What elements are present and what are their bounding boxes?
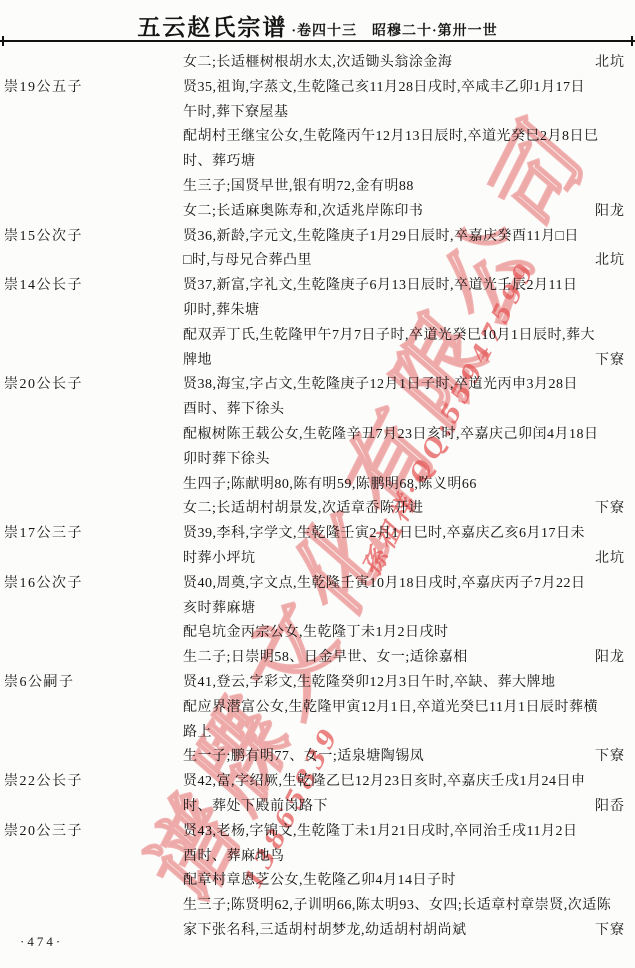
entry-text: 时葬小坪坑: [183, 547, 256, 572]
genealogy-line: 时葬小坪坑 北坑: [0, 547, 635, 572]
header-rule: [0, 40, 635, 42]
entry-text: 时、葬巧塘: [183, 150, 256, 175]
genealogy-line: 生一子;鹏有明77、女一;适泉塘陶锡凤 下寮: [0, 745, 635, 770]
generation-label: 崇17公三子: [4, 522, 83, 547]
generation-label: 崇20公三子: [4, 820, 83, 845]
genealogy-line: 酉时、葬下徐头: [0, 398, 635, 423]
entry-text: 酉时、葬下徐头: [183, 398, 285, 423]
generation-label: 崇15公次子: [4, 225, 83, 250]
genealogy-line: 崇19公五子 贤35,祖询,字蒸文,生乾隆己亥11月28日戌时,卒咸丰乙卯1月1…: [0, 76, 635, 101]
genealogy-line: 家下张名科,三适胡村胡梦龙,幼适胡村胡尚斌 下寮: [0, 919, 635, 944]
generation-label: 崇19公五子: [4, 76, 83, 101]
genealogy-line: 崇6公嗣子 贤41,登云,字彩文,生乾隆癸卯12月3日午时,卒缺、葬大牌地: [0, 671, 635, 696]
residence-label: 北坑: [595, 249, 625, 274]
book-title: 五云赵氏宗谱: [137, 15, 287, 40]
genealogy-line: 卯时葬下徐头: [0, 448, 635, 473]
genealogy-line: 崇16公次子 贤40,周奠,字文点,生乾隆壬寅10月18日戌时,卒嘉庆丙子7月2…: [0, 572, 635, 597]
genealogy-line: 亥时葬麻塘: [0, 597, 635, 622]
residence-label: 阳龙: [595, 646, 625, 671]
page-number: ·474·: [20, 934, 63, 950]
genealogy-line: 配胡村王继宝公女,生乾隆丙午12月13日辰时,卒道光癸巳2月8日巳: [0, 125, 635, 150]
entry-text: 家下张名科,三适胡村胡梦龙,幼适胡村胡尚斌: [183, 919, 467, 944]
residence-label: 阳岙: [595, 795, 625, 820]
entry-text: 生三子;陈贤明62,子训明66,陈太明93、女四;长适章村章崇贤,次适陈: [183, 894, 611, 919]
residence-label: 下寮: [595, 349, 625, 374]
entry-text: 贤40,周奠,字文点,生乾隆壬寅10月18日戌时,卒嘉庆丙子7月22日: [183, 572, 586, 597]
genealogy-line: 生二子;日崇明58、日金早世、女一;适徐嘉相 阳龙: [0, 646, 635, 671]
entry-text: 贤38,海宝,字占文,生乾隆庚子12月1日子时,卒道光丙申3月28日: [183, 373, 578, 398]
residence-label: 下寮: [595, 745, 625, 770]
genealogy-line: 女二;长适麻奥陈寿和,次适兆岸陈印书 阳龙: [0, 200, 635, 225]
genealogy-line: 崇22公长子 贤42,富,字绍厥,生乾隆乙巳12月23日亥时,卒嘉庆壬戌1月24…: [0, 770, 635, 795]
genealogy-line: □时,与母兄合葬凸里 北坑: [0, 249, 635, 274]
genealogy-line: 崇20公三子 贤43,老杨,字锦文,生乾隆丁未1月21日戌时,卒同治壬戌11月2…: [0, 820, 635, 845]
volume-subtitle: ·卷四十三 昭穆二十·第卅一世: [291, 24, 497, 39]
genealogy-line: 生三子;陈贤明62,子训明66,陈太明93、女四;长适章村章崇贤,次适陈: [0, 894, 635, 919]
entry-text: 午时,葬下寮屋基: [183, 101, 289, 126]
genealogy-line: 午时,葬下寮屋基: [0, 101, 635, 126]
generation-label: 崇20公长子: [4, 373, 83, 398]
genealogy-line: 路上: [0, 721, 635, 746]
genealogy-line: 时、葬处下殿前岗路下 阳岙: [0, 795, 635, 820]
entry-text: 配皂坑金丙宗公女,生乾隆丁未1月2日戌时: [183, 621, 449, 646]
generation-label: 崇6公嗣子: [4, 671, 75, 696]
entry-text: 女二;长适胡村胡景发,次适章岙陈开进: [183, 497, 423, 522]
genealogy-line: 配应界潜富公女,生乾隆甲寅12月1日,卒道光癸巳11月1日辰时葬横: [0, 696, 635, 721]
entry-text: 贤42,富,字绍厥,生乾隆乙巳12月23日亥时,卒嘉庆壬戌1月24日申: [183, 770, 586, 795]
generation-label: 崇14公长子: [4, 274, 83, 299]
residence-label: 北坑: [595, 51, 625, 76]
genealogy-line: 酉时、葬麻地鸟: [0, 845, 635, 870]
page-header: 五云赵氏宗谱·卷四十三 昭穆二十·第卅一世: [0, 9, 635, 42]
entry-text: 酉时、葬麻地鸟: [183, 845, 285, 870]
entry-text: 女二;长适榧树根胡水太,次适锄头翁涂金海: [183, 51, 452, 76]
entry-text: 路上: [183, 721, 212, 746]
genealogy-line: 崇17公三子 贤39,李科,字学文,生乾隆壬寅2月1日巳时,卒嘉庆乙亥6月17日…: [0, 522, 635, 547]
genealogy-line: 崇20公长子 贤38,海宝,字占文,生乾隆庚子12月1日子时,卒道光丙申3月28…: [0, 373, 635, 398]
entry-text: 配椒树陈王载公女,生乾隆辛丑7月23日亥时,卒嘉庆己卯闰4月18日: [183, 423, 599, 448]
entry-text: 配双弄丁氏,生乾隆甲午7月7日子时,卒道光癸巳10月1日辰时,葬大: [183, 324, 595, 349]
entry-text: 时、葬处下殿前岗路下: [183, 795, 328, 820]
entry-text: 卯时葬下徐头: [183, 448, 270, 473]
entry-text: 生一子;鹏有明77、女一;适泉塘陶锡凤: [183, 745, 424, 770]
entry-text: 配应界潜富公女,生乾隆甲寅12月1日,卒道光癸巳11月1日辰时葬横: [183, 696, 598, 721]
genealogy-line: 崇14公长子 贤37,新富,字礼文,生乾隆庚子6月13日辰时,卒道光壬辰2月11…: [0, 274, 635, 299]
entry-text: 贤41,登云,字彩文,生乾隆癸卯12月3日午时,卒缺、葬大牌地: [183, 671, 556, 696]
entry-text: 生三子;国贤早世,银有明72,金有明88: [183, 175, 414, 200]
generation-label: 崇16公次子: [4, 572, 83, 597]
genealogy-line: 崇15公次子 贤36,新龄,字元文,生乾隆庚子1月29日辰时,卒嘉庆癸酉11月□…: [0, 225, 635, 250]
genealogy-line: 配皂坑金丙宗公女,生乾隆丁未1月2日戌时: [0, 621, 635, 646]
entry-text: 配胡村王继宝公女,生乾隆丙午12月13日辰时,卒道光癸巳2月8日巳: [183, 125, 599, 150]
entry-text: □时,与母兄合葬凸里: [183, 249, 312, 274]
entry-text: 生二子;日崇明58、日金早世、女一;适徐嘉相: [183, 646, 468, 671]
genealogy-line: 生三子;国贤早世,银有明72,金有明88: [0, 175, 635, 200]
residence-label: 下寮: [595, 497, 625, 522]
genealogy-line: 牌地 下寮: [0, 349, 635, 374]
genealogy-line: 配章村章恩芝公女,生乾隆乙卯4月14日子时: [0, 869, 635, 894]
genealogy-line: 配椒树陈王载公女,生乾隆辛丑7月23日亥时,卒嘉庆己卯闰4月18日: [0, 423, 635, 448]
entry-text: 贤37,新富,字礼文,生乾隆庚子6月13日辰时,卒道光壬辰2月11日: [183, 274, 577, 299]
entry-text: 生四子;陈献明80,陈有明59,陈鹏明68,陈义明66: [183, 473, 477, 498]
genealogy-line: 女二;长适胡村胡景发,次适章岙陈开进 下寮: [0, 497, 635, 522]
entry-text: 卯时,葬朱塘: [183, 299, 260, 324]
genealogy-line: 卯时,葬朱塘: [0, 299, 635, 324]
residence-label: 阳龙: [595, 200, 625, 225]
entry-text: 配章村章恩芝公女,生乾隆乙卯4月14日子时: [183, 869, 456, 894]
residence-label: 北坑: [595, 547, 625, 572]
entry-text: 贤43,老杨,字锦文,生乾隆丁未1月21日戌时,卒同治壬戌11月2日: [183, 820, 577, 845]
genealogy-line: 生四子;陈献明80,陈有明59,陈鹏明68,陈义明66: [0, 473, 635, 498]
entry-text: 贤39,李科,字学文,生乾隆壬寅2月1日巳时,卒嘉庆乙亥6月17日未: [183, 522, 585, 547]
entry-text: 贤36,新龄,字元文,生乾隆庚子1月29日辰时,卒嘉庆癸酉11月□日: [183, 225, 579, 250]
genealogy-page: 谱牒文化有限公司孫祖祥·QQ:5594759913865839 五云赵氏宗谱·卷…: [0, 0, 635, 968]
genealogy-line: 时、葬巧塘: [0, 150, 635, 175]
entries-body: 女二;长适榧树根胡水太,次适锄头翁涂金海 北坑 崇19公五子 贤35,祖询,字蒸…: [0, 51, 635, 944]
entry-text: 亥时葬麻塘: [183, 597, 256, 622]
genealogy-line: 女二;长适榧树根胡水太,次适锄头翁涂金海 北坑: [0, 51, 635, 76]
entry-text: 牌地: [183, 349, 212, 374]
entry-text: 女二;长适麻奥陈寿和,次适兆岸陈印书: [183, 200, 423, 225]
entry-text: 贤35,祖询,字蒸文,生乾隆己亥11月28日戌时,卒咸丰乙卯1月17日: [183, 76, 585, 101]
residence-label: 下寮: [595, 919, 625, 944]
genealogy-line: 配双弄丁氏,生乾隆甲午7月7日子时,卒道光癸巳10月1日辰时,葬大: [0, 324, 635, 349]
generation-label: 崇22公长子: [4, 770, 83, 795]
